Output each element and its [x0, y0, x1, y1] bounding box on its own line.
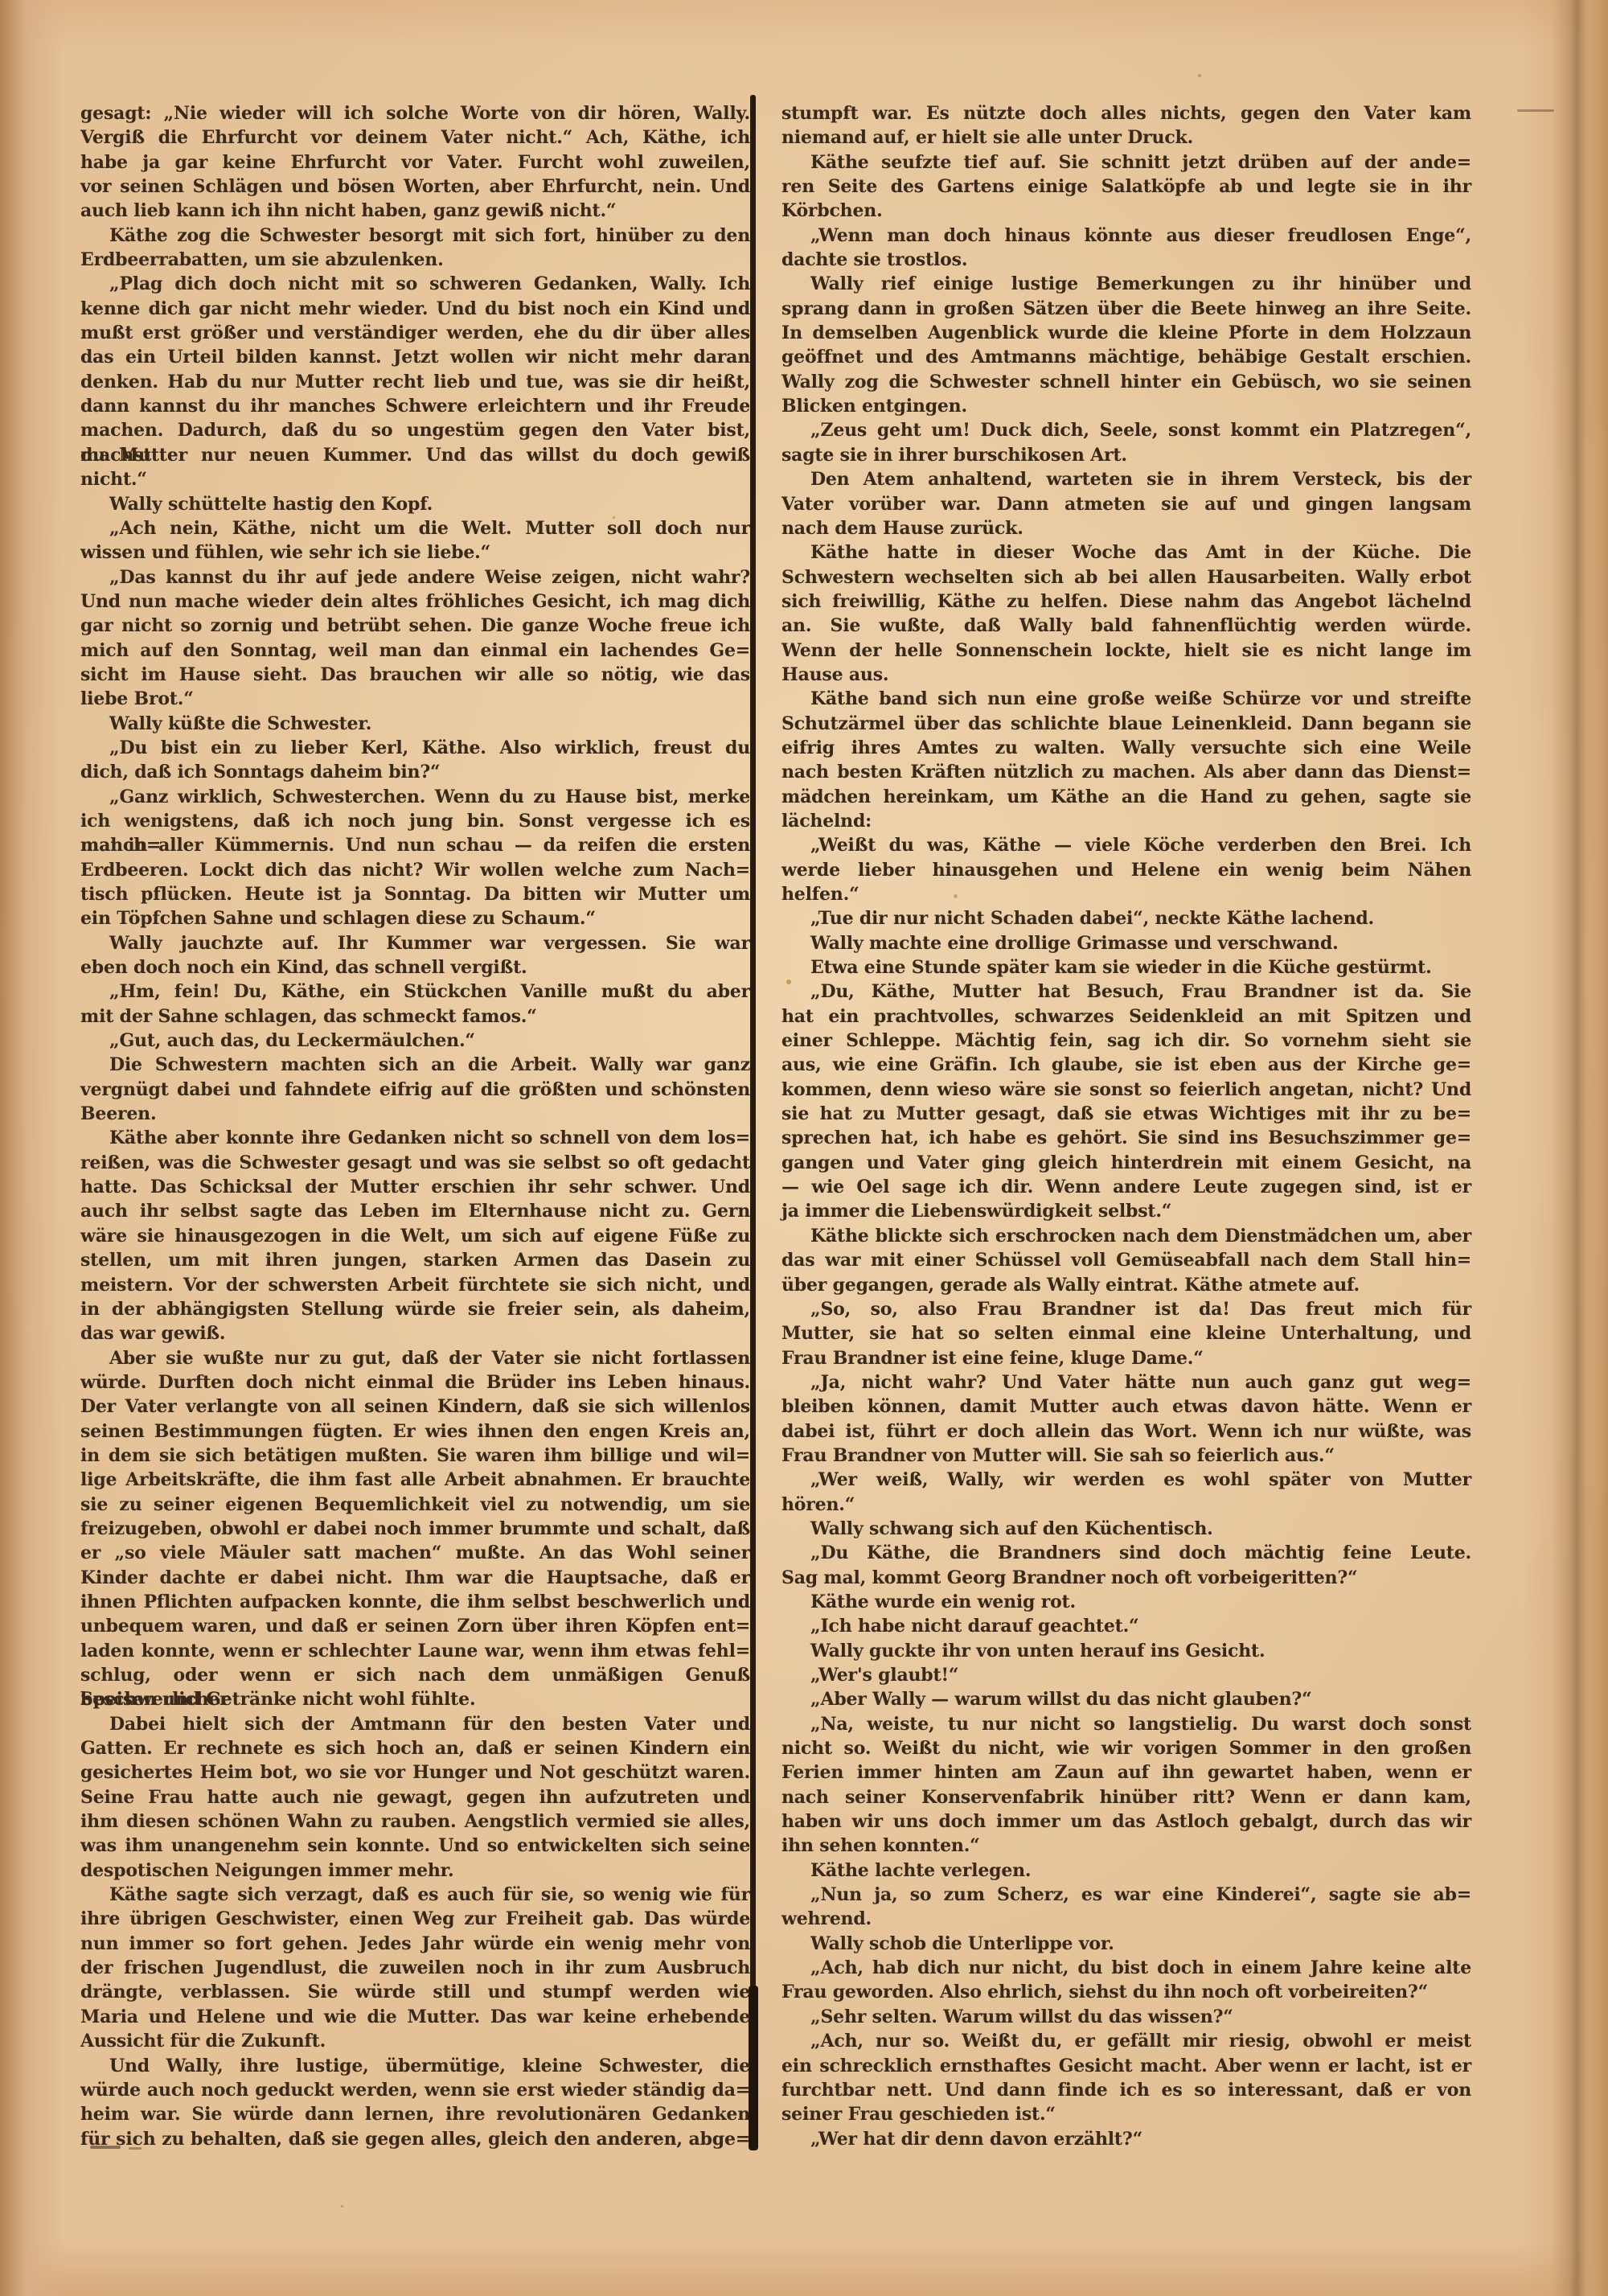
text-line: Wally jauchzte auf. Ihr Kummer war verge… — [80, 931, 750, 955]
text-line: über gegangen, gerade als Wally eintrat.… — [781, 1273, 1471, 1297]
text-line: stumpft war. Es nützte doch alles nichts… — [781, 101, 1471, 125]
text-line: würde auch noch geduckt werden, wenn sie… — [80, 2078, 750, 2102]
text-line: hören.“ — [781, 1493, 1471, 1517]
text-line: an. Sie wußte, daß Wally bald fahnenflüc… — [781, 614, 1471, 638]
text-line: „Wer hat dir denn davon erzählt?“ — [781, 2127, 1471, 2151]
text-line: er „so viele Mäuler satt machen“ mußte. … — [80, 1541, 750, 1565]
text-line: ja immer die Liebenswürdigkeit selbst.“ — [781, 1199, 1471, 1223]
text-line: Hause aus. — [781, 663, 1471, 687]
text-line: seinen Bestimmungen fügten. Er wies ihne… — [80, 1419, 750, 1444]
text-line: „Wer weiß, Wally, wir werden es wohl spä… — [781, 1468, 1471, 1492]
text-line: „Hm, fein! Du, Käthe, ein Stückchen Vani… — [80, 980, 750, 1004]
text-line: Körbchen. — [781, 199, 1471, 223]
text-line: bleiben können, damit Mutter auch etwas … — [781, 1394, 1471, 1419]
page-fold-crease — [1552, 0, 1598, 2296]
text-line: sagte sie in ihrer burschikosen Art. — [781, 443, 1471, 467]
text-line: helfen.“ — [781, 882, 1471, 906]
text-line: Den Atem anhaltend, warteten sie in ihre… — [781, 467, 1471, 491]
text-line: — wie Oel sage ich dir. Wenn andere Leut… — [781, 1175, 1471, 1199]
text-line: mädchen hereinkam, um Käthe an die Hand … — [781, 785, 1471, 809]
text-line: Und nun mache wieder dein altes fröhlich… — [80, 589, 750, 614]
text-line: das war gewiß. — [80, 1321, 750, 1345]
text-line: nicht.“ — [80, 467, 750, 491]
text-line: nun immer so fort gehen. Jedes Jahr würd… — [80, 1932, 750, 1956]
text-line: despotischen Neigungen immer mehr. — [80, 1859, 750, 1883]
text-line: Dabei hielt sich der Amtmann für den bes… — [80, 1712, 750, 1736]
text-line: „Gut, auch das, du Leckermäulchen.“ — [80, 1029, 750, 1053]
text-line: habe ja gar keine Ehrfurcht vor Vater. F… — [80, 150, 750, 175]
text-line: sich freiwillig, Käthe zu helfen. Diese … — [781, 589, 1471, 614]
text-line: Wally schüttelte hastig den Kopf. — [80, 492, 750, 516]
text-line: „Na, weiste, tu nur nicht so langstielig… — [781, 1712, 1471, 1736]
paper-speck — [1198, 74, 1201, 77]
text-line: „Du Käthe, die Brandners sind doch mächt… — [781, 1541, 1471, 1565]
text-line: Käthe sagte sich verzagt, daß es auch fü… — [80, 1883, 750, 1907]
text-line: „Wer's glaubt!“ — [781, 1663, 1471, 1687]
text-line: Blicken entgingen. — [781, 394, 1471, 418]
text-line: Wally küßte die Schwester. — [80, 712, 750, 736]
text-line: gar nicht so zornig und betrübt sehen. D… — [80, 614, 750, 638]
text-line: „Ach nein, Käthe, nicht um die Welt. Mut… — [80, 516, 750, 540]
text-line: dabei ist, führt er doch allein das Wort… — [781, 1419, 1471, 1444]
text-line: „Sehr selten. Warum willst du das wissen… — [781, 2005, 1471, 2029]
text-line: unbequem waren, und daß er seinen Zorn ü… — [80, 1614, 750, 1638]
text-line: wehrend. — [781, 1907, 1471, 1931]
text-line: vergnügt dabei und fahndete eifrig auf d… — [80, 1078, 750, 1102]
text-line: werde lieber hinausgehen und Helene ein … — [781, 858, 1471, 882]
text-line: „Du bist ein zu lieber Kerl, Käthe. Also… — [80, 736, 750, 760]
text-line: Erdbeerrabatten, um sie abzulenken. — [80, 248, 750, 272]
text-line: Käthe wurde ein wenig rot. — [781, 1590, 1471, 1614]
text-line: gangen und Vater ging gleich hinterdrein… — [781, 1151, 1471, 1175]
text-line: sprechen hat, ich habe es gehört. Sie si… — [781, 1126, 1471, 1150]
text-line: einer Schleppe. Mächtig fein, sag ich di… — [781, 1029, 1471, 1053]
text-line: Maria und Helene und wie die Mutter. Das… — [80, 2005, 750, 2029]
text-line: Der Vater verlangte von all seinen Kinde… — [80, 1394, 750, 1419]
text-line: sprang dann in großen Sätzen über die Be… — [781, 297, 1471, 321]
text-line: dann kannst du ihr manches Schwere erlei… — [80, 394, 750, 418]
text-line: haben wir uns doch immer um das Astloch … — [781, 1809, 1471, 1834]
text-line: ihm diesen schönen Wahn zu rauben. Aengs… — [80, 1809, 750, 1834]
text-line: Wally machte eine drollige Grimasse und … — [781, 931, 1471, 955]
text-line: Käthe hatte in dieser Woche das Amt in d… — [781, 540, 1471, 565]
text-line: Und Wally, ihre lustige, übermütige, kle… — [80, 2054, 750, 2078]
text-line: liebe Brot.“ — [80, 687, 750, 711]
text-line: Wally rief einige lustige Bemerkungen zu… — [781, 272, 1471, 296]
text-line: „So, so, also Frau Brandner ist da! Das … — [781, 1297, 1471, 1321]
text-line: hatte. Das Schicksal der Mutter erschien… — [80, 1175, 750, 1199]
text-line: „Weißt du was, Käthe — viele Köche verde… — [781, 833, 1471, 857]
text-line: ich wenigstens, daß ich noch jung bin. S… — [80, 809, 750, 833]
text-line: In demselben Augenblick wurde die kleine… — [781, 321, 1471, 345]
text-line: drängte, verblassen. Sie würde still und… — [80, 1980, 750, 2004]
text-line: niemand auf, er hielt sie alle unter Dru… — [781, 125, 1471, 150]
text-line: ihre übrigen Geschwister, einen Weg zur … — [80, 1907, 750, 1931]
text-line: Aussicht für die Zukunft. — [80, 2029, 750, 2053]
text-line: Wenn der helle Sonnenschein lockte, hiel… — [781, 639, 1471, 663]
text-line: lächelnd: — [781, 809, 1471, 833]
text-line: tisch pflücken. Heute ist ja Sonntag. Da… — [80, 882, 750, 906]
text-line: nach besten Kräften nützlich zu machen. … — [781, 760, 1471, 784]
text-line: Speisen und Getränke nicht wohl fühlte. — [80, 1687, 750, 1711]
text-line: Vergiß die Ehrfurcht vor deinem Vater ni… — [80, 125, 750, 150]
text-line: Schutzärmel über das schlichte blaue Lei… — [781, 712, 1471, 736]
text-line: sie hat zu Mutter gesagt, daß sie etwas … — [781, 1102, 1471, 1126]
text-line: eifrig ihres Amtes zu walten. Wally vers… — [781, 736, 1471, 760]
text-line: ihnen Pflichten aufpacken konnte, die ih… — [80, 1590, 750, 1614]
text-line: würde. Durften doch nicht einmal die Brü… — [80, 1370, 750, 1394]
text-line: stellen, um mit ihren jungen, starken Ar… — [80, 1248, 750, 1272]
text-line: Frau Brandner ist eine feine, kluge Dame… — [781, 1346, 1471, 1370]
text-line: Vater vorüber war. Dann atmeten sie auf … — [781, 492, 1471, 516]
text-line: heim war. Sie würde dann lernen, ihre re… — [80, 2102, 750, 2126]
text-line: mit der Sahne schlagen, das schmeckt fam… — [80, 1004, 750, 1029]
text-line: ein Töpfchen Sahne und schlagen diese zu… — [80, 906, 750, 930]
text-line: mich auf den Sonntag, weil man dan einma… — [80, 639, 750, 663]
text-line: eben doch noch ein Kind, das schnell ver… — [80, 955, 750, 980]
text-line: „Ach, hab dich nur nicht, du bist doch i… — [781, 1956, 1471, 1980]
text-line: „Ganz wirklich, Schwesterchen. Wenn du z… — [80, 785, 750, 809]
text-line: auch lieb kann ich ihn nicht haben, ganz… — [80, 199, 750, 223]
text-line: furchtbar nett. Und dann finde ich es so… — [781, 2078, 1471, 2102]
text-line: „Aber Wally — warum willst du das nicht … — [781, 1687, 1471, 1711]
paper-speck — [341, 2205, 343, 2208]
text-line: auch ihr selbst sagte das Leben im Elter… — [80, 1199, 750, 1223]
text-line: machen. Dadurch, daß du so ungestüm gege… — [80, 418, 750, 442]
text-line: das ein Urteil bilden kannst. Jetzt woll… — [80, 345, 750, 369]
text-line: aus, wie eine Gräfin. Ich glaube, sie is… — [781, 1053, 1471, 1077]
text-line: für sich zu behalten, daß sie gegen alle… — [80, 2127, 750, 2151]
text-line: Beeren. — [80, 1102, 750, 1126]
text-line: schlug, oder wenn er sich nach dem unmäß… — [80, 1663, 750, 1687]
text-line: Frau geworden. Also ehrlich, siehst du i… — [781, 1980, 1471, 2004]
text-line: dachte sie trostlos. — [781, 248, 1471, 272]
text-line: der frischen Jugendlust, die zuweilen no… — [80, 1956, 750, 1980]
text-line: „Du, Käthe, Mutter hat Besuch, Frau Bran… — [781, 980, 1471, 1004]
text-line: dich, daß ich Sonntags daheim bin?“ — [80, 760, 750, 784]
text-line: Käthe lachte verlegen. — [781, 1859, 1471, 1883]
text-line: hat ein prachtvolles, schwarzes Seidenkl… — [781, 1004, 1471, 1029]
text-line: wissen und fühlen, wie sehr ich sie lieb… — [80, 540, 750, 565]
text-line: „Plag dich doch nicht mit so schweren Ge… — [80, 272, 750, 296]
text-line: geöffnet und des Amtmanns mächtige, behä… — [781, 345, 1471, 369]
text-line: Ferien immer hinten am Zaun auf ihn gewa… — [781, 1760, 1471, 1785]
text-line: Erdbeeren. Lockt dich das nicht? Wir wol… — [80, 858, 750, 882]
text-line: Wally guckte ihr von unten herauf ins Ge… — [781, 1639, 1471, 1663]
text-line: Wally zog die Schwester schnell hinter e… — [781, 370, 1471, 394]
text-line: kommen, denn wieso wäre sie sonst so fei… — [781, 1078, 1471, 1102]
text-line: meistern. Vor der schwersten Arbeit fürc… — [80, 1273, 750, 1297]
text-line: vor seinen Schlägen und bösen Worten, ab… — [80, 175, 750, 199]
text-line: Aber sie wußte nur zu gut, daß der Vater… — [80, 1346, 750, 1370]
text-line: Käthe band sich nun eine große weiße Sch… — [781, 687, 1471, 711]
text-line: „Ja, nicht wahr? Und Vater hätte nun auc… — [781, 1370, 1471, 1394]
text-line: sie zu seiner eigenen Bequemlichkeit vie… — [80, 1493, 750, 1517]
text-line: Schwestern wechselten sich ab bei allen … — [781, 565, 1471, 589]
text-line: „Zeus geht um! Duck dich, Seele, sonst k… — [781, 418, 1471, 442]
text-line: „Das kannst du ihr auf jede andere Weise… — [80, 565, 750, 589]
text-line: du Mutter nur neuen Kummer. Und das will… — [80, 443, 750, 467]
column-divider-rule — [750, 95, 756, 2150]
text-line: mußt erst größer und verständiger werden… — [80, 321, 750, 345]
right-column: stumpft war. Es nützte doch alles nichts… — [781, 101, 1471, 2151]
text-line: denken. Hab du nur Mutter recht lieb und… — [80, 370, 750, 394]
text-line: Etwa eine Stunde später kam sie wieder i… — [781, 955, 1471, 980]
text-line: Seine Frau hatte auch nie gewagt, gegen … — [80, 1785, 750, 1809]
text-line: nach dem Hause zurück. — [781, 516, 1471, 540]
text-line: laden konnte, wenn er schlechter Laune w… — [80, 1639, 750, 1663]
text-line: Wally schwang sich auf den Küchentisch. — [781, 1517, 1471, 1541]
text-line: in dem sie sich betätigen mußten. Sie wa… — [80, 1444, 750, 1468]
text-line: wäre sie hinausgezogen in die Welt, um s… — [80, 1224, 750, 1248]
text-line: „Nun ja, so zum Scherz, es war eine Kind… — [781, 1883, 1471, 1907]
text-line: Sag mal, kommt Georg Brandner noch oft v… — [781, 1566, 1471, 1590]
text-line: reißen, was die Schwester gesagt und was… — [80, 1151, 750, 1175]
text-line: Gatten. Er rechnete es sich hoch an, daß… — [80, 1736, 750, 1760]
text-line: ihn sehen konnten.“ — [781, 1834, 1471, 1858]
text-line: ren Seite des Gartens einige Salatköpfe … — [781, 175, 1471, 199]
text-line: Käthe zog die Schwester besorgt mit sich… — [80, 224, 750, 248]
text-line: Käthe seufzte tief auf. Sie schnitt jetz… — [781, 150, 1471, 175]
text-line: nicht so. Weißt du nicht, wie wir vorige… — [781, 1736, 1471, 1760]
text-line: Kinder dachte er dabei nicht. Ihm war di… — [80, 1566, 750, 1590]
text-line: in der abhängigsten Stellung würde sie f… — [80, 1297, 750, 1321]
text-line: „Ach, nur so. Weißt du, er gefällt mir r… — [781, 2029, 1471, 2053]
text-line: Frau Brandner von Mutter will. Sie sah s… — [781, 1444, 1471, 1468]
text-line: „Wenn man doch hinaus könnte aus dieser … — [781, 224, 1471, 248]
text-line: Mutter, sie hat so selten einmal eine kl… — [781, 1321, 1471, 1345]
text-line: freizugeben, obwohl er dabei noch immer … — [80, 1517, 750, 1541]
text-line: Käthe blickte sich erschrocken nach dem … — [781, 1224, 1471, 1248]
text-line: nach seiner Konservenfabrik hinüber ritt… — [781, 1785, 1471, 1809]
text-line: kenne dich gar nicht mehr wieder. Und du… — [80, 297, 750, 321]
text-line: das war mit einer Schüssel voll Gemüseab… — [781, 1248, 1471, 1272]
left-column: gesagt: „Nie wieder will ich solche Wort… — [80, 101, 750, 2151]
text-line: gesichertes Heim bot, wo sie vor Hunger … — [80, 1760, 750, 1785]
text-line: Wally schob die Unterlippe vor. — [781, 1932, 1471, 1956]
text-line: gesagt: „Nie wieder will ich solche Wort… — [80, 101, 750, 125]
text-line: mal in aller Kümmernis. Und nun schau — … — [80, 833, 750, 857]
text-line: ein schrecklich ernsthaftes Gesicht mach… — [781, 2054, 1471, 2078]
text-line: Die Schwestern machten sich an die Arbei… — [80, 1053, 750, 1077]
text-line: was ihm unangenehm sein konnte. Und so e… — [80, 1834, 750, 1858]
text-line: „Tue dir nur nicht Schaden dabei“, neckt… — [781, 906, 1471, 930]
text-line: sicht im Hause sieht. Das brauchen wir a… — [80, 663, 750, 687]
text-line: „Ich habe nicht darauf geachtet.“ — [781, 1614, 1471, 1638]
text-line: lige Arbeitskräfte, die ihm fast alle Ar… — [80, 1468, 750, 1492]
text-line: seiner Frau geschieden ist.“ — [781, 2102, 1471, 2126]
scanned-book-page: { "page": { "paper_color": "#e4c197", "i… — [0, 0, 1608, 2296]
margin-pencil-mark — [1517, 109, 1554, 112]
text-line: Käthe aber konnte ihre Gedanken nicht so… — [80, 1126, 750, 1150]
